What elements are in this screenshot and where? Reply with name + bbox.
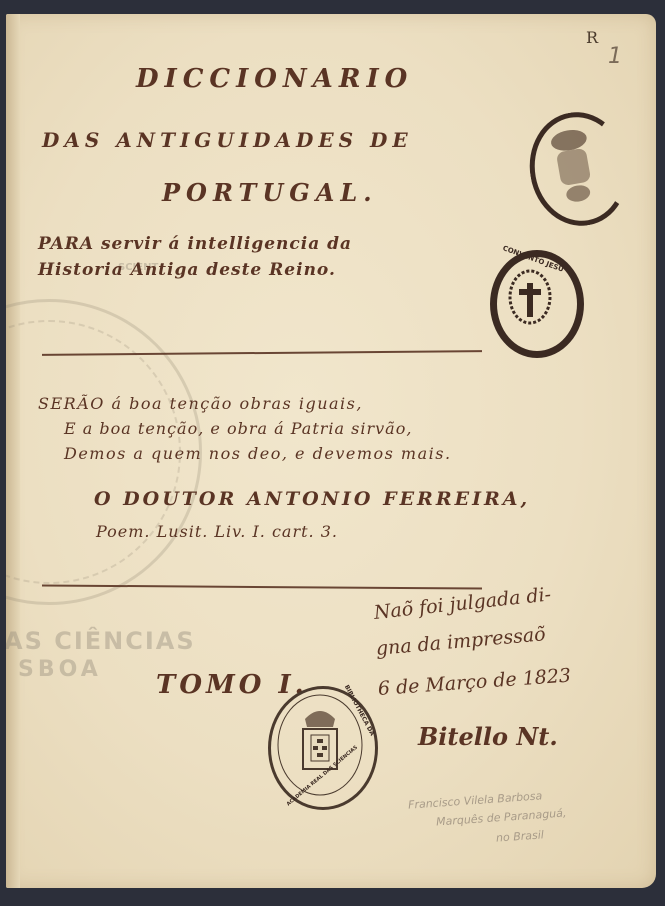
pencil-note-line-2: Marquês de Paranaguá,	[436, 806, 567, 828]
subtitle-line-2: Historia Antiga deste Reino.	[38, 260, 336, 280]
corner-mark: R	[586, 28, 598, 47]
watermark-text-line2: SBOA	[18, 657, 102, 682]
subtitle-line-1: PARA servir á intelligencia da	[38, 234, 352, 254]
censor-note-line-3: 6 de Março de 1823	[377, 665, 571, 700]
epigraph-line-2: E a boa tenção, e obra á Patria sirvão,	[64, 419, 412, 438]
convento-stamp: CONVENTO JESU	[490, 250, 584, 358]
title-line-3: PORTUGAL.	[162, 178, 378, 207]
crown-coat-of-arms-icon	[527, 112, 620, 218]
watermark-text-line1: AS CIÊNCIAS	[6, 627, 196, 655]
censor-note-line-1: Naõ foi julgada di-	[373, 583, 552, 623]
title-line-2: DAS ANTIGUIDADES DE	[42, 128, 413, 152]
attribution-author: O DOUTOR ANTONIO FERREIRA,	[94, 488, 530, 510]
folio-number: 1	[608, 44, 622, 69]
title-line-1: DICCIONARIO	[136, 64, 413, 94]
censor-signature: Bitello Nt.	[418, 722, 558, 751]
epigraph-line-1: SERÃO á boa tenção obras iguais,	[38, 394, 363, 413]
attribution-citation: Poem. Lusit. Liv. I. cart. 3.	[96, 522, 338, 541]
manuscript-page: SCIENT AS CIÊNCIAS SBOA R 1 DICCIONARIO …	[6, 14, 656, 888]
academia-library-stamp: BIBLIOTHECA DA ACADEMIA REAL DAS SCIENCI…	[268, 686, 378, 810]
pencil-note-line-1: Francisco Vilela Barbosa	[408, 789, 543, 811]
pencil-note-line-3: no Brasil	[496, 828, 545, 844]
censor-note-line-2: gna da impressaõ	[375, 623, 546, 660]
crown-stamp	[521, 104, 637, 233]
epigraph-line-3: Demos a quem nos deo, e devemos mais.	[64, 444, 452, 463]
